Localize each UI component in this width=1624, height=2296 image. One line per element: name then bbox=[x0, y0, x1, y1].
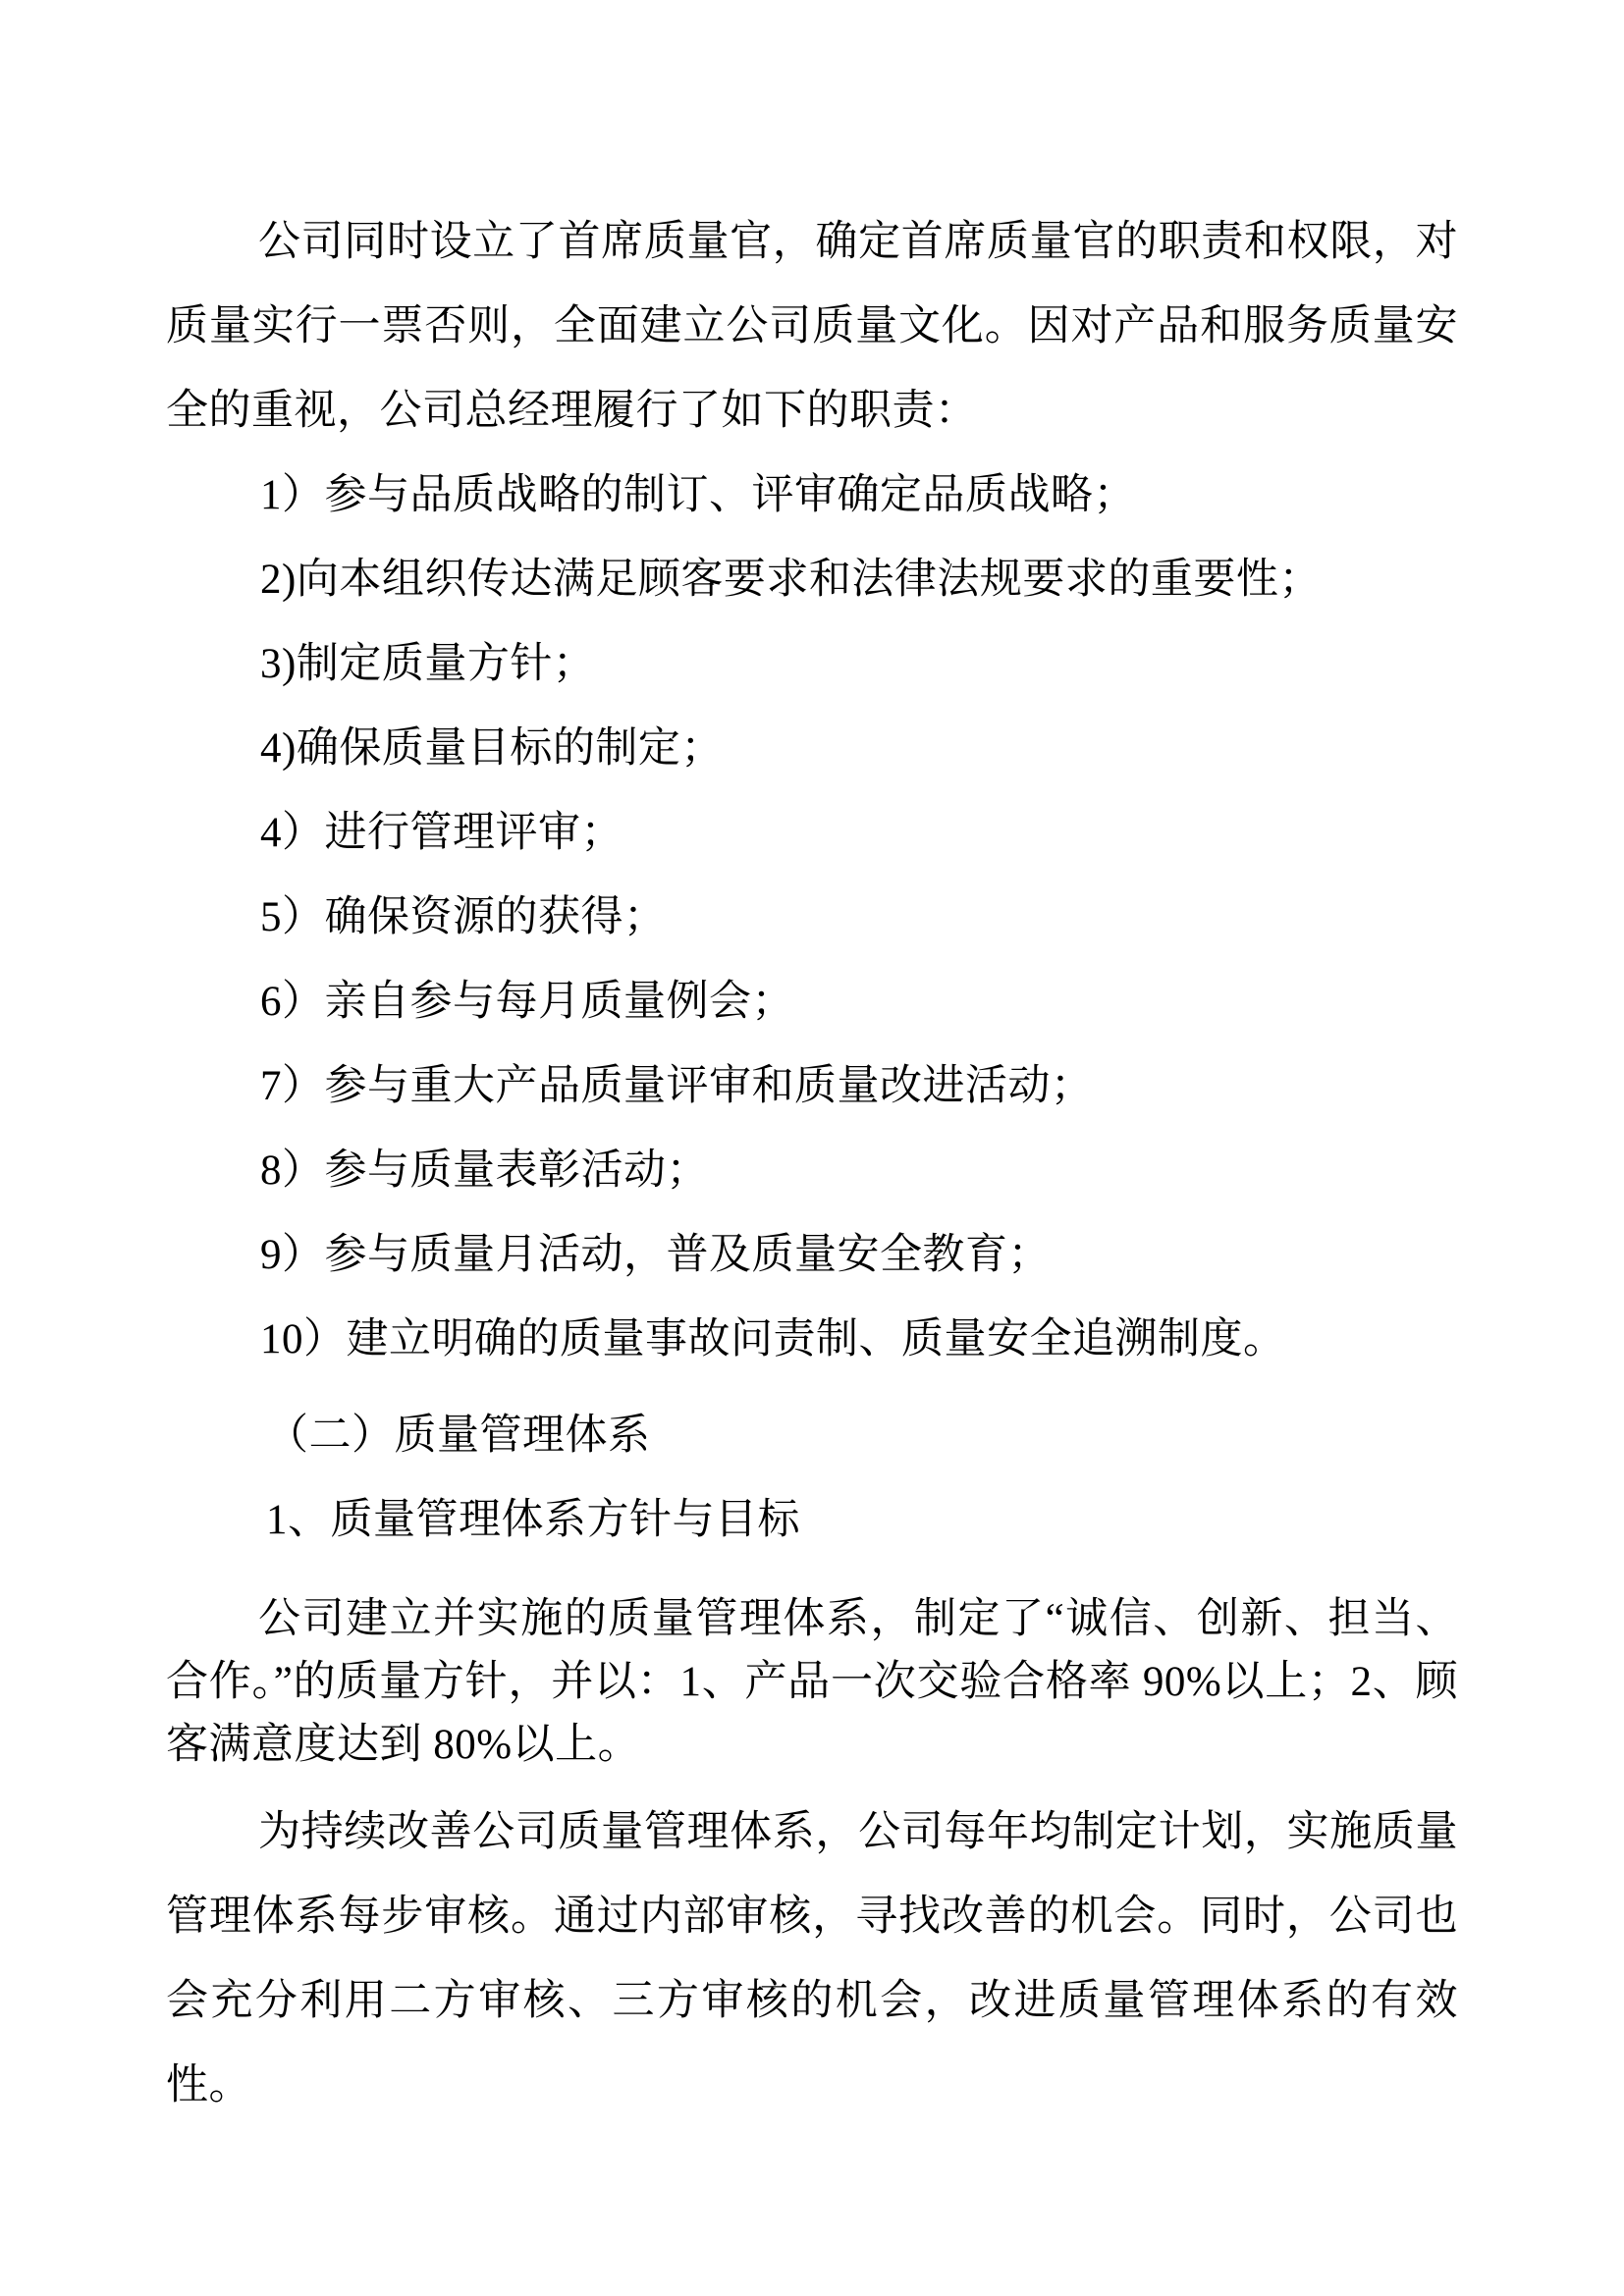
document-page: 公司同时设立了首席质量官，确定首席质量官的职责和权限，对质量实行一票否则，全面建… bbox=[0, 0, 1624, 2296]
duty-list-item-3: 3)制定质量方针； bbox=[166, 622, 1458, 707]
duty-list-item-4: 4)确保质量目标的制定； bbox=[166, 707, 1458, 791]
paragraph-intro: 公司同时设立了首席质量官，确定首席质量官的职责和权限，对质量实行一票否则，全面建… bbox=[166, 200, 1458, 454]
duty-list-item-8: 7）参与重大产品质量评审和质量改进活动； bbox=[166, 1044, 1458, 1129]
duty-list-item-5: 4）进行管理评审； bbox=[166, 791, 1458, 876]
duty-list-item-11: 10）建立明确的质量事故问责制、质量安全追溯制度。 bbox=[166, 1298, 1458, 1382]
paragraph-policy: 公司建立并实施的质量管理体系，制定了“诚信、创新、担当、合作。”的质量方针，并以… bbox=[166, 1588, 1458, 1777]
paragraph-improvement: 为持续改善公司质量管理体系，公司每年均制定计划，实施质量管理体系每步审核。通过内… bbox=[166, 1790, 1458, 2128]
duty-list-item-2: 2)向本组织传达满足顾客要求和法律法规要求的重要性； bbox=[166, 538, 1458, 622]
duty-list-item-9: 8）参与质量表彰活动； bbox=[166, 1129, 1458, 1213]
duty-list-item-1: 1）参与品质战略的制订、评审确定品质战略； bbox=[166, 454, 1458, 538]
duty-list-item-10: 9）参与质量月活动，普及质量安全教育； bbox=[166, 1213, 1458, 1298]
duty-list-item-6: 5）确保资源的获得； bbox=[166, 876, 1458, 960]
duty-list-item-7: 6）亲自参与每月质量例会； bbox=[166, 960, 1458, 1044]
section-heading: （二）质量管理体系 bbox=[166, 1394, 1458, 1478]
subsection-heading: 1、质量管理体系方针与目标 bbox=[166, 1478, 1458, 1563]
